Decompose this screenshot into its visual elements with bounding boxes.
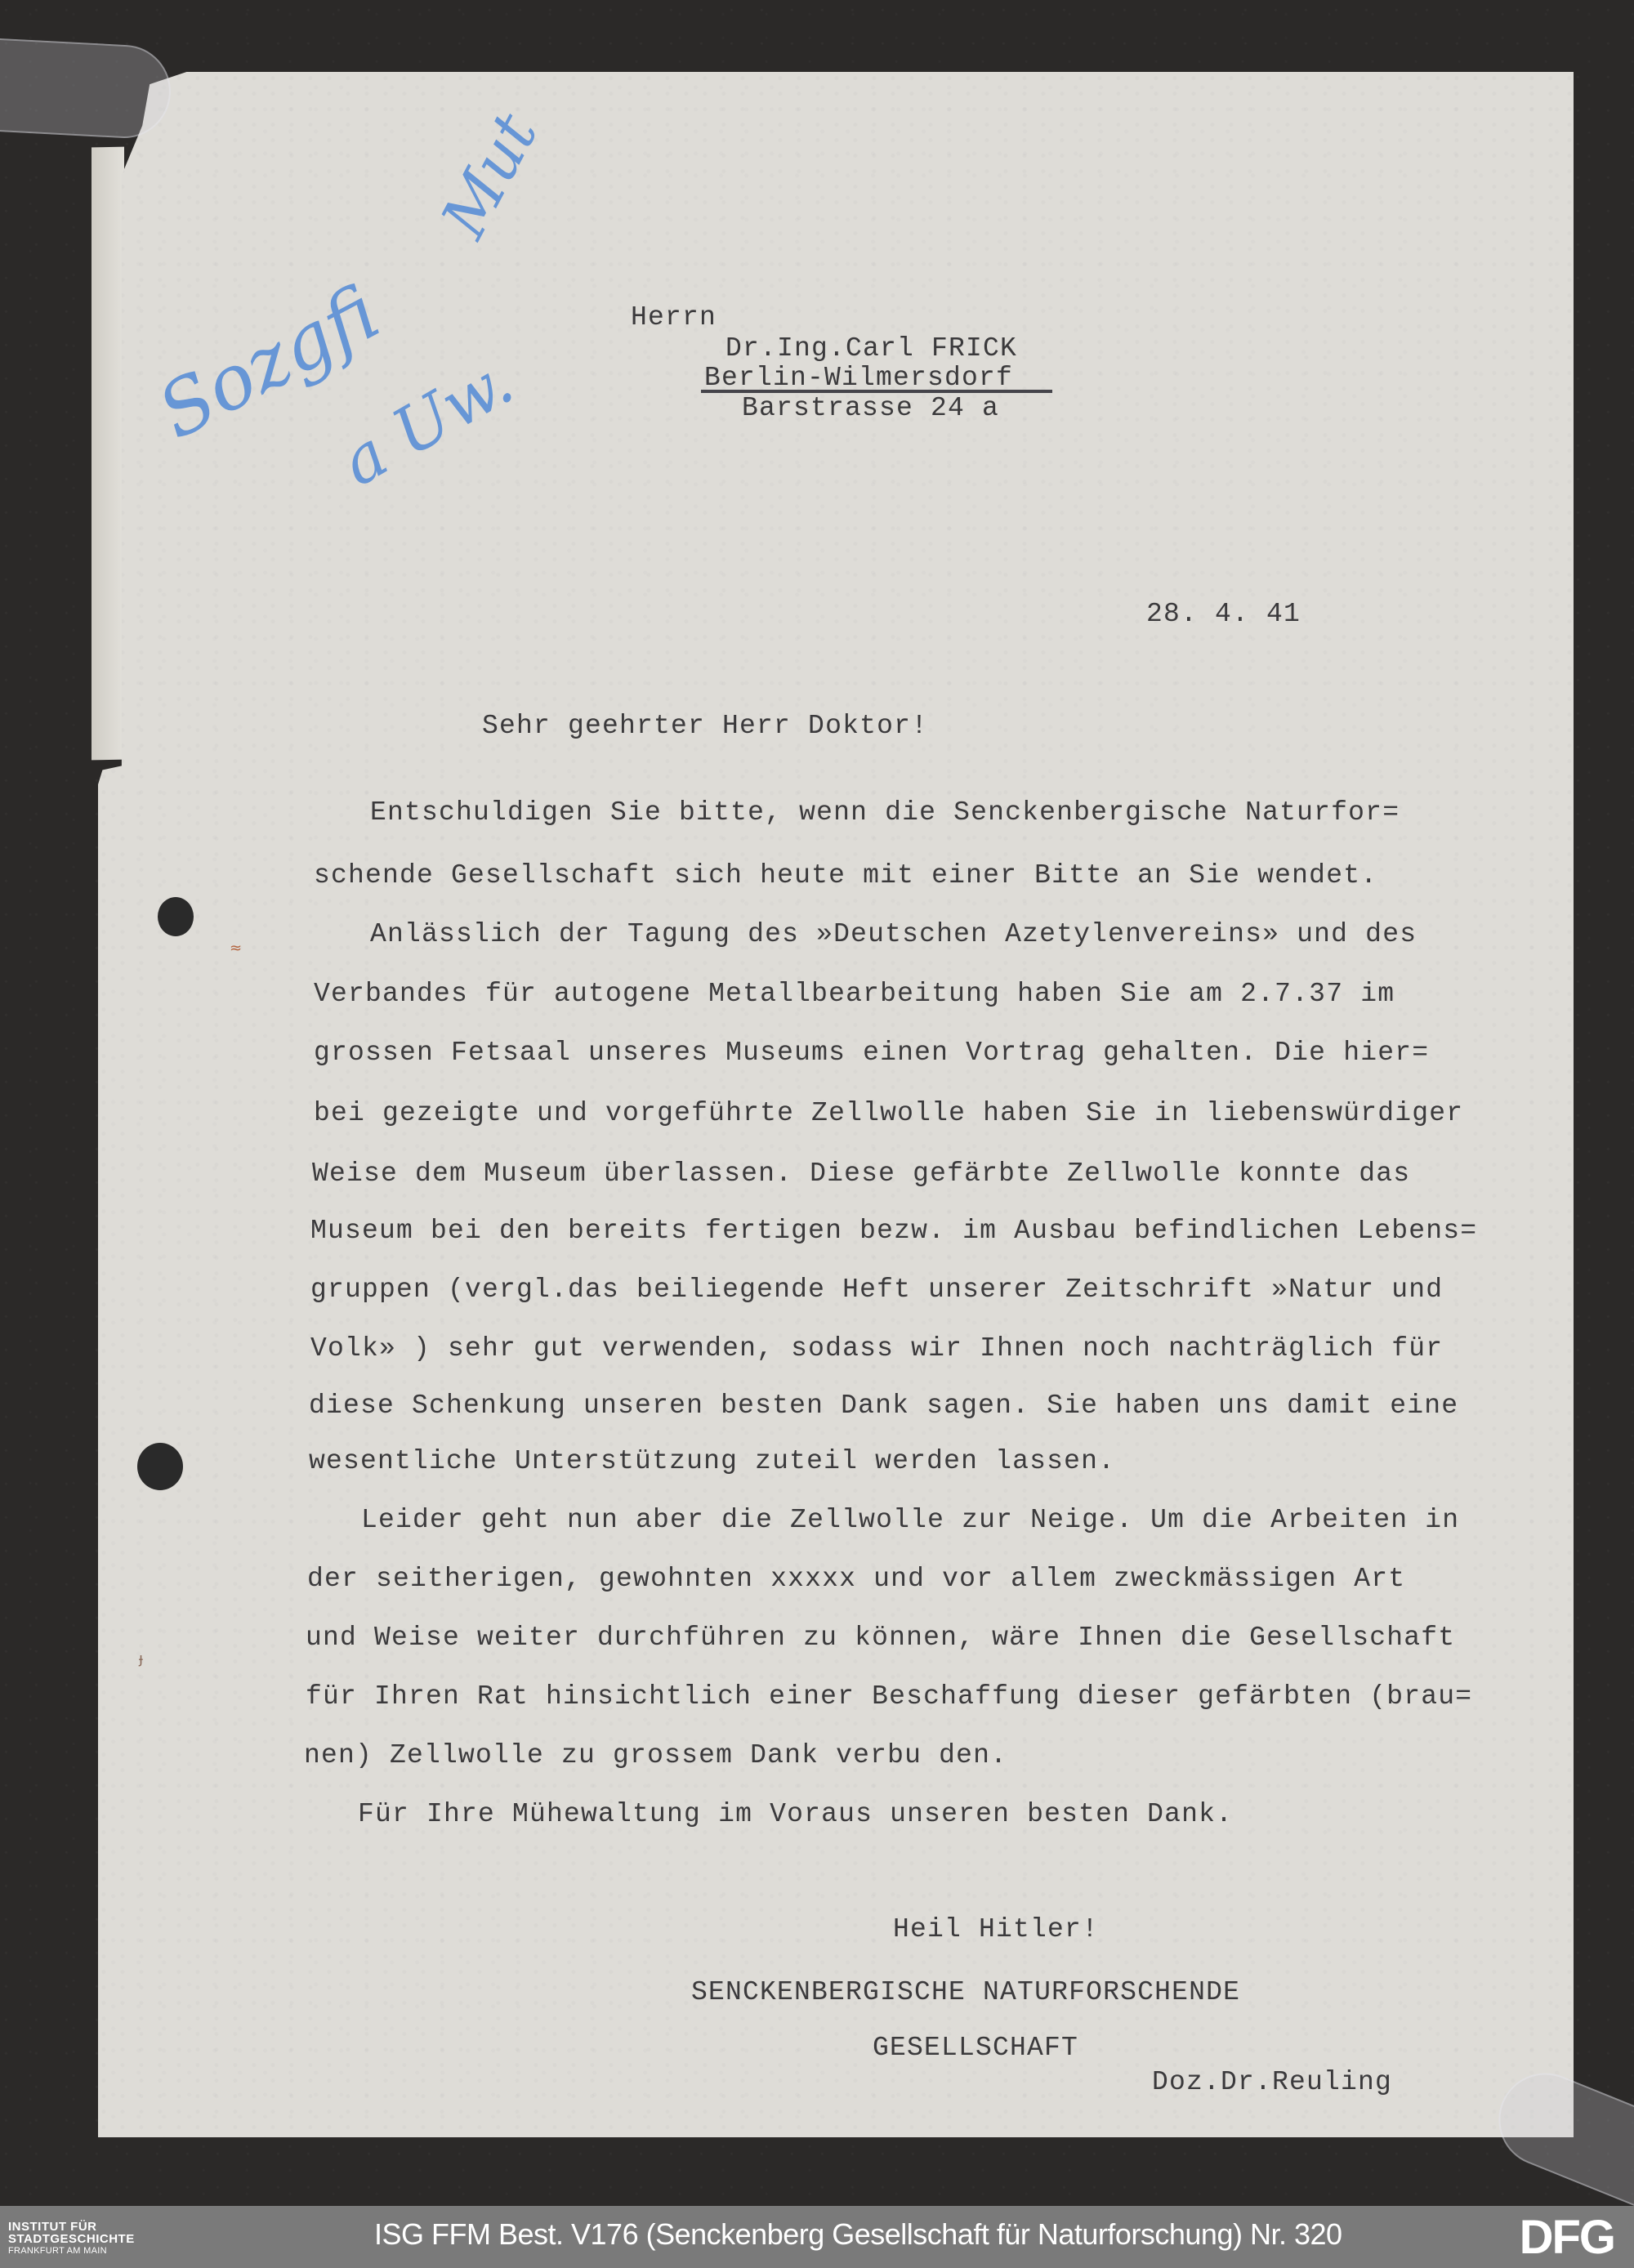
recipient-name: Dr.Ing.Carl FRICK bbox=[725, 333, 1017, 364]
body-line: schende Gesellschaft sich heute mit eine… bbox=[314, 860, 1377, 891]
institution-logo: INSTITUT FÜR STADTGESCHICHTE FRANKFURT A… bbox=[8, 2221, 135, 2257]
margin-mark: ɟ bbox=[139, 1650, 143, 1668]
mounting-tape-top-left bbox=[0, 38, 173, 141]
body-line: diese Schenkung unseren besten Dank sage… bbox=[309, 1391, 1458, 1421]
body-line: der seitherigen, gewohnten xxxxx und vor… bbox=[307, 1564, 1405, 1594]
letter-date: 28. 4. 41 bbox=[1146, 599, 1301, 629]
closing-org-line2: GESELLSCHAFT bbox=[873, 2033, 1078, 2063]
body-line: Verbandes für autogene Metallbearbeitung… bbox=[314, 979, 1395, 1009]
body-line: wesentliche Unterstützung zuteil werden … bbox=[309, 1446, 1115, 1476]
body-line: für Ihren Rat hinsichtlich einer Beschaf… bbox=[306, 1681, 1472, 1712]
body-line: Volk» ) sehr gut verwenden, sodass wir I… bbox=[310, 1333, 1443, 1364]
archive-footer-bar: INSTITUT FÜR STADTGESCHICHTE FRANKFURT A… bbox=[0, 2206, 1634, 2268]
body-line: Museum bei den bereits fertigen bezw. im… bbox=[310, 1216, 1477, 1246]
paper-fold-strip bbox=[92, 147, 124, 761]
body-line: bei gezeigte und vorgeführte Zellwolle h… bbox=[314, 1098, 1463, 1128]
letter-greeting: Sehr geehrter Herr Doktor! bbox=[482, 711, 928, 741]
body-line: nen) Zellwolle zu grossem Dank verbu den… bbox=[304, 1740, 1007, 1770]
body-line: Leider geht nun aber die Zellwolle zur N… bbox=[361, 1505, 1459, 1535]
body-line: gruppen (vergl.das beiliegende Heft unse… bbox=[310, 1275, 1443, 1305]
body-line: Weise dem Museum überlassen. Diese gefär… bbox=[312, 1159, 1410, 1189]
institution-line3: FRANKFURT AM MAIN bbox=[8, 2245, 135, 2257]
institution-line2: STADTGESCHICHTE bbox=[8, 2233, 135, 2245]
body-line: Für Ihre Mühewaltung im Voraus unseren b… bbox=[358, 1799, 1233, 1829]
closing-org-line1: SENCKENBERGISCHE NATURFORSCHENDE bbox=[691, 1977, 1240, 2007]
body-line: grossen Fetsaal unseres Museums einen Vo… bbox=[314, 1038, 1429, 1068]
dfg-logo: DFG bbox=[1520, 2214, 1614, 2261]
body-line: Anlässlich der Tagung des »Deutschen Aze… bbox=[370, 919, 1417, 949]
archive-caption: ISG FFM Best. V176 (Senckenberg Gesellsc… bbox=[374, 2217, 1342, 2252]
closing-signatory: Doz.Dr.Reuling bbox=[1152, 2067, 1392, 2097]
body-line: Entschuldigen Sie bitte, wenn die Sencke… bbox=[370, 797, 1400, 828]
punch-hole-bottom bbox=[137, 1443, 183, 1490]
recipient-salutation: Herrn bbox=[631, 302, 717, 333]
closing-salute: Heil Hitler! bbox=[893, 1914, 1099, 1944]
recipient-street: Barstrasse 24 a bbox=[742, 393, 999, 423]
institution-line1: INSTITUT FÜR bbox=[8, 2221, 135, 2233]
margin-mark: ≈ bbox=[230, 940, 242, 957]
punch-hole-top bbox=[158, 897, 194, 936]
recipient-city: Berlin-Wilmersdorf bbox=[704, 363, 1013, 393]
body-line: und Weise weiter durchführen zu können, … bbox=[306, 1623, 1455, 1653]
